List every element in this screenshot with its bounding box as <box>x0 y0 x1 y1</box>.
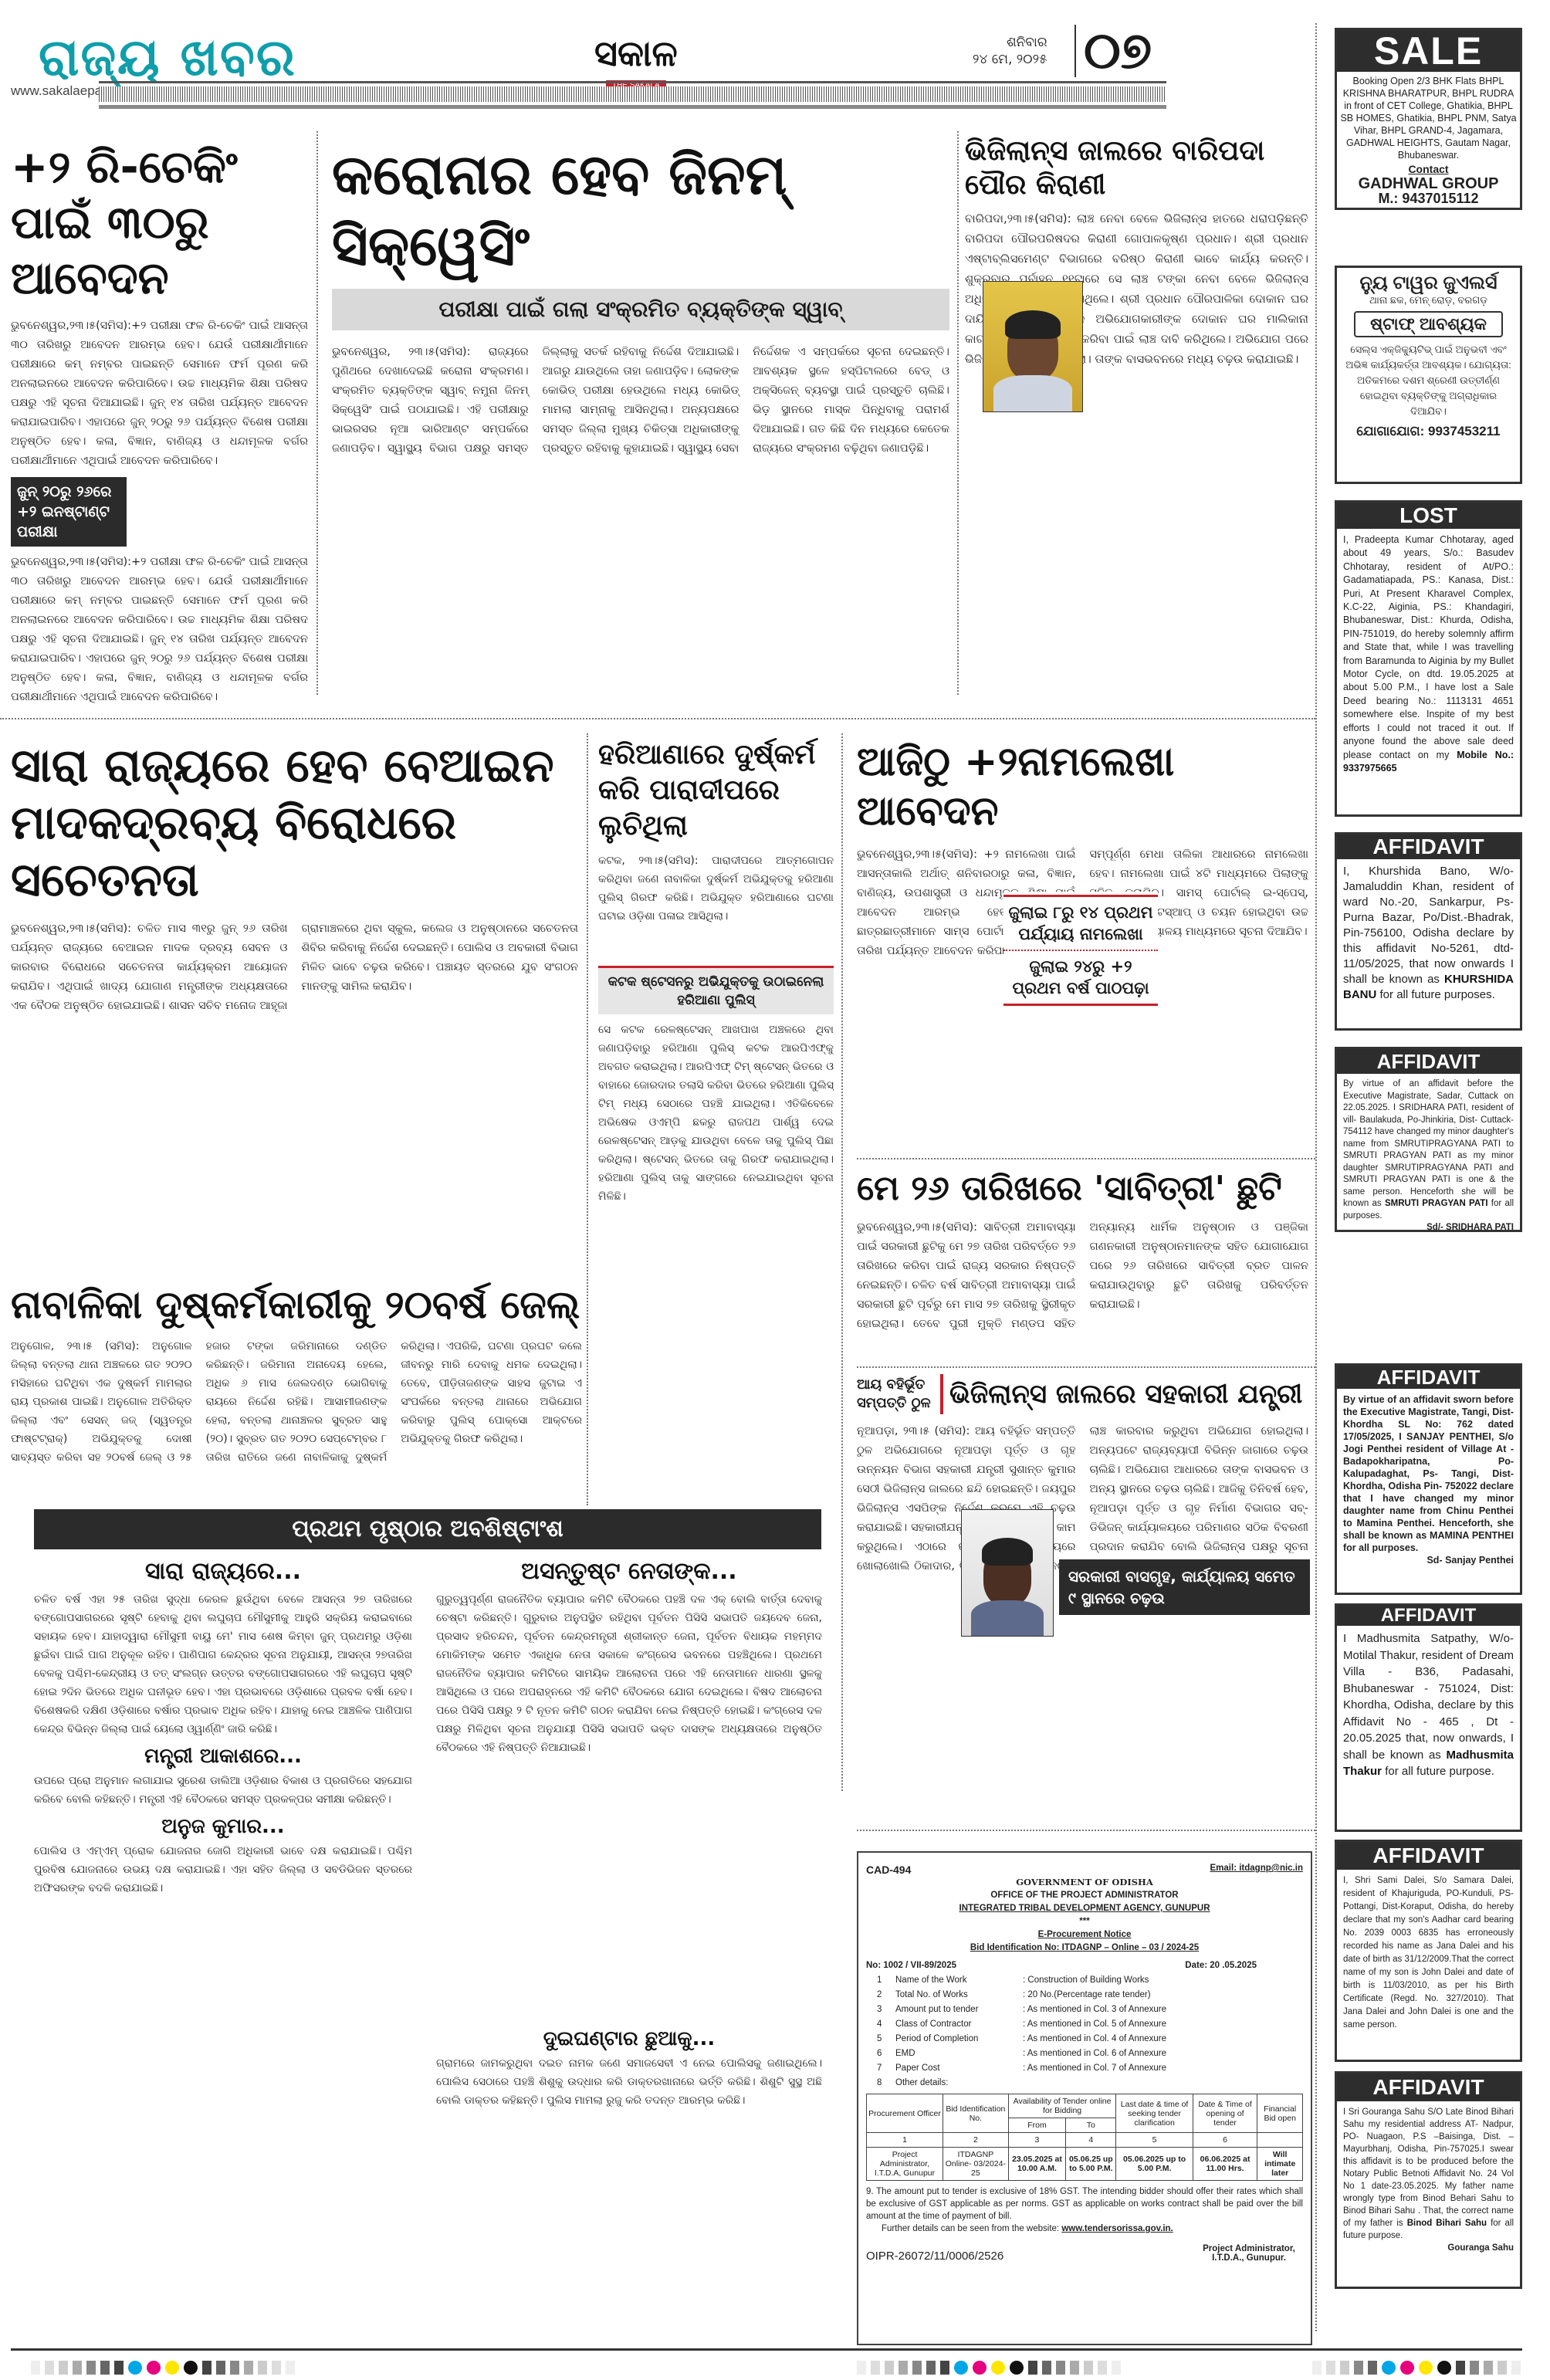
tender-items: 1Name of the Work: Construction of Build… <box>866 1973 1303 2091</box>
ad-title: AFFIDAVIT <box>1337 2074 1520 2101</box>
tender-stars: *** <box>866 1915 1303 1928</box>
ad-phone[interactable]: M.: 9437015112 <box>1340 192 1517 205</box>
headline: ଭିଜିଲାନ୍ସ ଜାଲରେ ସହକାରୀ ଯନ୍ତ୍ରୀ <box>949 1377 1302 1411</box>
story-body: ଭୁବନେଶ୍ୱର,୨୩।୫(ସମିସ): ଚଳିତ ମାସ ୩୧ରୁ ଜୁନ୍… <box>11 919 578 1305</box>
cont-body: ଚଳିତ ବର୍ଷ ଏହା ୨୫ ତାରିଖ ସୁଦ୍ଧା କେରଳ ଛୁଉଁଥ… <box>34 1590 412 1738</box>
cyan-dot <box>128 2361 142 2375</box>
tender-date: Date: 20 .05.2025 <box>1185 1961 1257 1970</box>
subheadline: ପରୀକ୍ଷା ପାଇଁ ଗଲା ସଂକ୍ରମିତ ବ୍ୟକ୍ତିଙ୍କ ସ୍ୱ… <box>332 289 949 330</box>
continuation-banner: ପ୍ରଥମ ପୃଷ୍ଠାର ଅବଶିଷ୍ଟାଂଶ <box>34 1509 821 1549</box>
ad-signature: Sd- Sanjay Penthei <box>1343 1554 1514 1566</box>
admission-callout-box: ଜୁଲାଇ ୮ରୁ ୧୪ ପ୍ରଥମ ପର୍ଯ୍ୟାୟ ନାମଲେଖା ଜୁଲା… <box>1003 892 1158 1009</box>
callout-rule <box>1003 1004 1158 1006</box>
story-savitri-holiday: ମେ ୨୬ ତାରିଖରେ 'ସାବିତ୍ରୀ' ଛୁଟି ଭୁବନେଶ୍ୱର,… <box>857 1167 1308 1361</box>
continuation-col-right: ଅସନ୍ତୁଷ୍ଟ ନେତାଙ୍କ... ଗୁରୁତ୍ୱପୂର୍ଣ୍ଣ ରାଜନ… <box>436 1559 822 2110</box>
headline: କରୋନାର ହେବ ଜିନମ୍ ସିକ୍ୱେସିଂ <box>332 139 949 281</box>
cont-title: ସାରା ରାଜ୍ୟରେ... <box>34 1559 412 1584</box>
headline: +୨ ରି-ଚେକିଂ ପାଇଁ ୩୦ରୁ ଆବେଦନ <box>11 139 308 306</box>
ad-affidavit-3: AFFIDAVIT By virtue of an affidavit swor… <box>1335 1363 1522 1595</box>
print-color-bar <box>857 2361 1121 2375</box>
ad-body: I Sri Gouranga Sahu S/O Late Binod Bihar… <box>1343 2107 1514 2228</box>
cont-body: ଉପରେ ପ୍ରୋ ଅନୁମାନ ଲଗାଯାଇ ସୁରେଶ ଡାଲିଆ ଓଡ଼ି… <box>34 1772 412 1809</box>
tender-note: 9. The amount put to tender is exclusive… <box>866 2185 1303 2223</box>
tender-ref-no: No: 1002 / VII-89/2025 <box>866 1961 956 1970</box>
ad-jewellers: ନ୍ୟୁ ଟାୱର ଜୁଏଲର୍ସ ଥାନା ଛକ, ମେନ୍ ରୋଡ଼, ବର… <box>1335 266 1522 484</box>
ad-lost: LOST I, Pradeepta Kumar Chhotaray, aged … <box>1335 500 1522 817</box>
masthead-barcode-rule <box>99 86 1166 102</box>
ad-body: I, Khurshida Bano, W/o- Jamaluddin Khan,… <box>1343 865 1514 986</box>
masthead-rule <box>99 81 1166 83</box>
ad-body-end: for all future purpose. <box>1385 1765 1494 1778</box>
headline: ହରିଆଣାରେ ଦୁର୍ଷ୍କର୍ମ କରି ପାରାଦୀପରେ ଲୁଚିଥି… <box>598 737 834 844</box>
column-divider <box>841 733 843 1791</box>
magenta-dot <box>147 2361 161 2375</box>
ad-affidavit-6: AFFIDAVIT I Sri Gouranga Sahu S/O Late B… <box>1335 2071 1522 2289</box>
ad-title: AFFIDAVIT <box>1337 1366 1520 1389</box>
tender-item: 4Class of Contractor: As mentioned in Co… <box>866 2017 1303 2032</box>
ad-body-end: for all future purposes. <box>1380 988 1495 1001</box>
ad-body: ସେଲ୍ସ ଏକ୍ଜିକ୍ୟୁଟିଭ୍ ପାଇଁ ଅନୁଭବୀ ଏବଂ ଅଭିଜ… <box>1342 342 1515 419</box>
row-divider <box>857 1366 1315 1368</box>
callout: କଟକ ଷ୍ଟେସନରୁ ଅଭିଯୁକ୍ତକୁ ଉଠାଇନେଲା ହରିଆଣା … <box>598 968 834 1014</box>
cont-body: ଗୁରୁତ୍ୱପୂର୍ଣ୍ଣ ରାଜନୈତିକ ବ୍ୟାପାର କମିଟି ବୈ… <box>436 1590 822 2023</box>
story-body: ଅନୁଗୋଳ, ୨୩।୫ (ସମିସ): ଅନୁଗୋଳ ଜିଲ୍ଲା ବନ୍ତଲ… <box>11 1337 582 1491</box>
tender-title: E-Procurement Notice <box>866 1928 1303 1942</box>
cont-title: ଦୁଇଘଣ୍ଟାର ଛୁଆକୁ... <box>436 2029 822 2050</box>
story-body-cont: ଭୁବନେଶ୍ୱର,୨୩।୫(ସମିସ):+୨ ପରୀକ୍ଷା ଫଳ ରି-ଚେ… <box>11 553 308 707</box>
ad-title: AFFIDAVIT <box>1337 835 1520 859</box>
tender-item: 1Name of the Work: Construction of Build… <box>866 1973 1303 1988</box>
story-baripada-vigilance: ଭିଜିଲାନ୍ସ ଜାଲରେ ବାରିପଦା ପୌର କିରାଣୀ ବାରିପ… <box>965 134 1308 726</box>
callout-first-phase: ଜୁଲାଇ ୮ରୁ ୧୪ ପ୍ରଥମ ପର୍ଯ୍ୟାୟ ନାମଲେଖା <box>1003 897 1158 950</box>
callout-classes-start: ଜୁଲାଇ ୨୪ରୁ +୨ ପ୍ରଥମ ବର୍ଷ ପାଠପଢ଼ା <box>1003 951 1158 1004</box>
cont-title: ଅସନ୍ତୁଷ୍ଟ ନେତାଙ୍କ... <box>436 1559 822 1584</box>
story-body: ଭୁବନେଶ୍ୱର,୨୩।୫(ସମିସ): ସାବିତ୍ରୀ ଅମାବାସ୍ୟା… <box>857 1218 1308 1361</box>
tender-bid-id: Bid Identification No: ITDAGNP – Online … <box>866 1942 1303 1955</box>
yellow-dot <box>165 2361 179 2375</box>
kicker: ଆୟ ବହିର୍ଭୂତ ସମ୍ପତ୍ତି ଠୁଳ <box>857 1376 934 1413</box>
ad-phone[interactable]: ଯୋଗାଯୋଗ: 9937453211 <box>1342 424 1515 439</box>
story-corona-genome: କରୋନାର ହେବ ଜିନମ୍ ସିକ୍ୱେସିଂ ପରୀକ୍ଷା ପାଇଁ … <box>332 139 949 775</box>
masthead-rule-bottom <box>99 105 1166 109</box>
ad-body: By virtue of an affidavit before the Exe… <box>1343 1079 1514 1208</box>
tender-item: 2Total No. of Works: 20 No.(Percentage r… <box>866 1988 1303 2003</box>
tender-table-row: Project Administrator, I.T.D.A, Gunupur … <box>867 2148 1303 2181</box>
cont-title: ମନ୍ତ୍ରୀ ଆକାଶରେ... <box>34 1746 412 1767</box>
dateline: ଶନିବାର ୨୪ ମେ, ୨୦୨୫ <box>973 34 1047 68</box>
cont-body: ପୋଲିସ ଓ ଏମ୍‌ଏମ୍ ପ୍ରୋକ ଯୋଜନାର ଜୋଗି ଅଧିକାର… <box>34 1842 412 1898</box>
tender-office: OFFICE OF THE PROJECT ADMINISTRATOR <box>866 1889 1303 1902</box>
logo-main: ସକାଳ <box>594 32 678 76</box>
ad-affidavit-1: AFFIDAVIT I, Khurshida Bano, W/o- Jamalu… <box>1335 832 1522 1031</box>
ad-sale: SALE Booking Open 2/3 BHK Flats BHPL KRI… <box>1335 28 1522 210</box>
story-body-cont: ସେ କଟକ ରେଳଷ୍ଟେସନ୍ ଆଖପାଖ ଅଞ୍ଚଳରେ ଥିବା ଜଣା… <box>598 1021 834 1576</box>
headline: ନାବାଳିକା ଦୁଷ୍କର୍ମକାରୀକୁ ୨୦ବର୍ଷ ଜେଲ୍ <box>11 1281 582 1328</box>
print-color-bar <box>1312 2361 1521 2375</box>
ad-name: Binod Bihari Sahu <box>1407 2219 1487 2228</box>
story-body: ଭୁବନେଶ୍ୱର, ୨୩।୫(ସମିସ): ରାଜ୍ୟରେ ପୁଣିଥରେ ଦ… <box>332 343 949 775</box>
tender-table: Procurement Officer Bid Identification N… <box>866 2094 1303 2181</box>
tender-oipr: OIPR-26072/11/0006/2526 <box>866 2250 1003 2263</box>
tender-further: Further details can be seen from the web… <box>882 2224 1059 2233</box>
ad-title: AFFIDAVIT <box>1337 1606 1520 1626</box>
story-plus2-recheck: +୨ ରି-ଚେକିଂ ପାଇଁ ୩୦ରୁ ଆବେଦନ ଭୁବନେଶ୍ୱର,୨୩… <box>11 139 308 707</box>
ad-body: I Madhusmita Satpathy, W/o- Motilal Thak… <box>1343 1632 1514 1762</box>
column-divider <box>587 733 588 1505</box>
tender-notice: CAD-494 Email: itdagnp@nic.in GOVERNMENT… <box>857 1851 1312 2345</box>
date-label: ୨୪ ମେ, ୨୦୨୫ <box>973 51 1047 68</box>
ad-title: LOST <box>1337 503 1520 529</box>
print-color-bar <box>31 2361 295 2375</box>
column-divider <box>1315 23 1317 2331</box>
black-dot <box>184 2361 198 2375</box>
ad-body: Booking Open 2/3 BHK Flats BHPL KRISHNA … <box>1340 75 1517 161</box>
engineer-photo <box>961 1509 1054 1637</box>
headline: ସାରା ରାଜ୍ୟରେ ହେବ ବେଆଇନ ମାଦକଦ୍ରବ୍ୟ ବିରୋଧର… <box>11 737 578 909</box>
clerk-photo <box>983 281 1083 412</box>
ad-contact-label: Contact <box>1340 163 1517 175</box>
row-divider <box>857 1830 1315 1831</box>
column-divider <box>957 131 959 695</box>
ad-affidavit-4: AFFIDAVIT I Madhusmita Satpathy, W/o- Mo… <box>1335 1603 1522 1832</box>
ad-affidavit-2: AFFIDAVIT By virtue of an affidavit befo… <box>1335 1047 1522 1232</box>
column-divider <box>316 131 318 695</box>
ad-body: I, Pradeepta Kumar Chhotaray, aged about… <box>1343 534 1514 760</box>
headline: ଭିଜିଲାନ୍ସ ଜାଲରେ ବାରିପଦା ପୌର କିରାଣୀ <box>965 134 1308 202</box>
footer-rule <box>11 2348 1522 2351</box>
headline: ମେ ୨୬ ତାରିଖରେ 'ସାବିତ୍ରୀ' ଛୁଟି <box>857 1167 1308 1210</box>
section-title: ରାଜ୍ୟ ଖବର <box>39 28 296 89</box>
ad-signature: Sd/- SRIDHARA PATI <box>1343 1222 1514 1234</box>
story-body: ନୂଆପଡ଼ା, ୨୩।୫ (ସମିସ): ଆୟ ବହିର୍ଭୂତ ସମ୍ପତ୍… <box>857 1422 1308 1816</box>
tender-signatory: Project Administrator, I.T.D.A., Gunupur… <box>1195 2244 1303 2263</box>
ad-name: SMRUTI PRAGYAN PATI <box>1385 1199 1488 1208</box>
ad-signature: Gouranga Sahu <box>1343 2242 1514 2254</box>
tender-website-link[interactable]: www.tendersorissa.gov.in. <box>1061 2224 1173 2233</box>
continuation-col-left: ସାରା ରାଜ୍ୟରେ... ଚଳିତ ବର୍ଷ ଏହା ୨୫ ତାରିଖ ସ… <box>34 1559 412 1898</box>
tender-item: 5Period of Completion: As mentioned in C… <box>866 2032 1303 2047</box>
callout-box: ଜୁନ୍ ୨୦ରୁ ୨୬ରେ +୨ ଇନଷ୍ଟାଣ୍ଟ ପରୀକ୍ଷା <box>11 477 127 547</box>
story-body: କଟକ, ୨୩।୫(ସମିସ): ପାରାଦୀପରେ ଆତ୍ମଗୋପନ କରିଥ… <box>598 851 834 960</box>
ad-body: I, Shri Sami Dalei, S/o Samara Dalei, re… <box>1337 1870 1520 2036</box>
ad-body: By virtue of an affidavit sworn before t… <box>1343 1394 1514 1553</box>
tender-item: 8Other details: <box>866 2076 1303 2091</box>
cont-title: ଅନୁଜ କୁମାର... <box>34 1816 412 1837</box>
raid-callout: ସରକାରୀ ବାସଗୃହ, କାର୍ଯ୍ୟାଳୟ ସମେତ ୯ ସ୍ଥାନରେ… <box>1059 1559 1310 1615</box>
day-label: ଶନିବାର <box>973 34 1047 51</box>
ad-title: ନ୍ୟୁ ଟାୱର ଜୁଏଲର୍ସ <box>1342 273 1515 294</box>
tender-code: CAD-494 <box>866 1864 911 1876</box>
ad-banner: ଷ୍ଟାଫ୍ ଆବଶ୍ୟକ <box>1354 311 1503 337</box>
tender-agency: INTEGRATED TRIBAL DEVELOPMENT AGENCY, GU… <box>866 1902 1303 1915</box>
kicker-rule <box>940 1374 943 1414</box>
ad-address: ଥାନା ଛକ, ମେନ୍ ରୋଡ଼, ବରଗଡ଼ <box>1342 294 1515 306</box>
page-number: ୦୭ <box>1075 25 1152 77</box>
ad-company: GADHWAL GROUP <box>1340 175 1517 192</box>
story-body: ଭୁବନେଶ୍ୱର,୨୩।୫(ସମିସ):+୨ ପରୀକ୍ଷା ଫଳ ରି-ଚେ… <box>11 317 308 471</box>
tender-gov: GOVERNMENT OF ODISHA <box>866 1876 1303 1889</box>
story-minor-jail: ନାବାଳିକା ଦୁଷ୍କର୍ମକାରୀକୁ ୨୦ବର୍ଷ ଜେଲ୍ ଅନୁଗ… <box>11 1281 582 1491</box>
ad-title: AFFIDAVIT <box>1337 1842 1520 1870</box>
headline: ଆଜିଠୁ +୨ନାମଲେଖା ଆବେଦନ <box>857 737 1308 836</box>
tender-item: 7Paper Cost: As mentioned in Col. 7 of A… <box>866 2061 1303 2076</box>
tender-email[interactable]: Email: itdagnp@nic.in <box>1210 1864 1303 1876</box>
cont-body: ଗ୍ରାମରେ ଜାମକରୁଥିବା ଦଇତ ନାମକ ଜଣେ ସମାଜସେବୀ… <box>436 2054 822 2110</box>
tender-item: 3Amount put to tender: As mentioned in C… <box>866 2003 1303 2017</box>
story-haryana: ହରିଆଣାରେ ଦୁର୍ଷ୍କର୍ମ କରି ପାରାଦୀପରେ ଲୁଚିଥି… <box>598 737 834 1576</box>
story-drug-awareness: ସାରା ରାଜ୍ୟରେ ହେବ ବେଆଇନ ମାଦକଦ୍ରବ୍ୟ ବିରୋଧର… <box>11 737 578 1305</box>
ad-title: AFFIDAVIT <box>1337 1049 1520 1074</box>
ad-title: SALE <box>1337 30 1520 72</box>
ad-affidavit-5: AFFIDAVIT I, Shri Sami Dalei, S/o Samara… <box>1335 1840 1522 2062</box>
tender-item: 6EMD: As mentioned in Col. 6 of Annexure <box>866 2047 1303 2061</box>
